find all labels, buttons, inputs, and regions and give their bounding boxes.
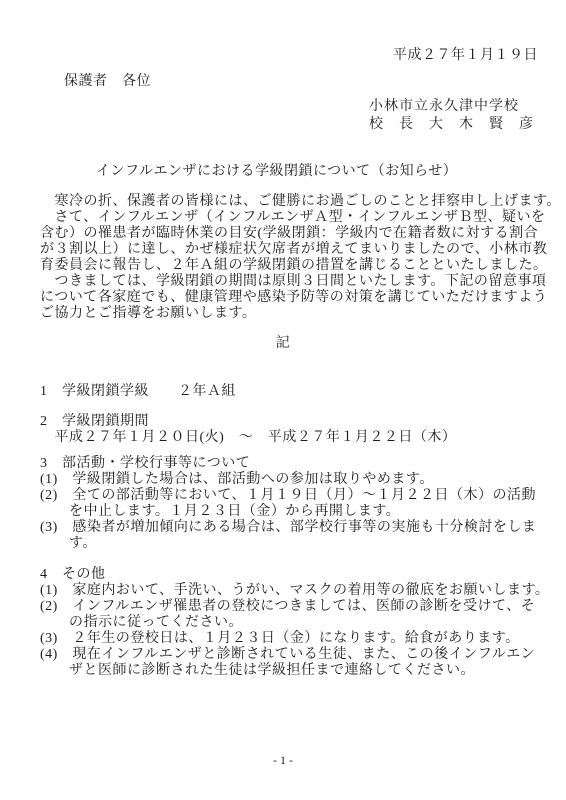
addressee: 保護者 各位 [0, 74, 566, 90]
document-page: 平成２７年１月１９日 保護者 各位 小林市立永久津中学校 校 長 大 木 賢 彦… [0, 0, 566, 800]
section-closure-period: 2 学級閉鎖期間 平成２７年１月２０日(火) ～ 平成２７年１月２２日（木） [40, 414, 566, 446]
record-marker: 記 [0, 336, 566, 352]
section-line: (1) 学級閉鎖した場合は、部活動への参加は取りやめます。 [40, 472, 566, 488]
section-closed-class: 1 学級閉鎖学級 ２年Ａ組 [40, 384, 566, 400]
greeting-line: 育委員会に報告し、２年Ａ組の学級閉鎖の措置を講じることといたしました。 [40, 258, 566, 274]
section-line: (2) 全ての部活動等において、１月１９日（月）～１月２２日（木）の活動 [40, 488, 566, 504]
greeting-line: について各家庭でも、健康管理や感染予防等の対策を講じていただけますよう [40, 290, 566, 306]
section-line: 2 学級閉鎖期間 [40, 414, 566, 430]
greeting-line: が３割以上）に達し、かぜ様症状欠席者が増えてまいりましたので、小林市教 [40, 242, 566, 258]
notice-sections: 1 学級閉鎖学級 ２年Ａ組 2 学級閉鎖期間 平成２７年１月２０日(火) ～ 平… [0, 384, 566, 679]
page-number: - 1 - [0, 752, 566, 768]
document-date: 平成２７年１月１９日 [0, 48, 566, 64]
section-line: 3 部活動・学校行事等について [40, 456, 566, 472]
greeting-line: さて、インフルエンザ（インフルエンザＡ型・インフルエンザＢ型、疑いを [40, 210, 566, 226]
school-name: 小林市立永久津中学校 [369, 98, 534, 116]
greeting-paragraphs: 寒冷の折、保護者の皆様には、ご健勝にお過ごしのことと拝察申し上げます。 さて、イ… [0, 194, 566, 322]
section-line: 1 学級閉鎖学級 ２年Ａ組 [40, 384, 566, 400]
section-club-activities: 3 部活動・学校行事等について (1) 学級閉鎖した場合は、部活動への参加は取り… [40, 456, 566, 552]
sender-block: 小林市立永久津中学校 校 長 大 木 賢 彦 [0, 98, 566, 134]
section-line: (4) 現在インフルエンザと診断されている生徒、また、この後インフルエン [40, 647, 566, 663]
greeting-line: 含む）の罹患者が臨時休業の目安(学級閉鎖：学級内で在籍者数に対する割合 [40, 226, 566, 242]
section-line: す。 [40, 536, 566, 552]
section-line: (3) ２年生の登校日は、１月２３日（金）になります。給食があります。 [40, 631, 566, 647]
document-title: インフルエンザにおける学級閉鎖について（お知らせ） [0, 164, 566, 180]
section-line: ザと医師に診断された生徒は学級担任まで連絡してください。 [40, 663, 566, 679]
section-line: (2) インフルエンザ罹患者の登校につきましては、医師の診断を受けて、そ [40, 599, 566, 615]
section-other: 4 その他 (1) 家庭内おいて、手洗い、うがい、マスクの着用等の徹底をお願いし… [40, 567, 566, 679]
section-line: (3) 感染者が増加傾向にある場合は、部学校行事等の実施も十分検討をしま [40, 520, 566, 536]
principal-name: 校 長 大 木 賢 彦 [369, 116, 534, 134]
section-line: 平成２７年１月２０日(火) ～ 平成２７年１月２２日（木） [40, 430, 566, 446]
section-line: を中止します。１月２３日（金）から再開します。 [40, 504, 566, 520]
section-line: の指示に従ってください。 [40, 615, 566, 631]
greeting-line: 寒冷の折、保護者の皆様には、ご健勝にお過ごしのことと拝察申し上げます。 [40, 194, 566, 210]
greeting-line: ご協力とご指導をお願いします。 [40, 306, 566, 322]
section-line: 4 その他 [40, 567, 566, 583]
section-line: (1) 家庭内おいて、手洗い、うがい、マスクの着用等の徹底をお願いします。 [40, 583, 566, 599]
greeting-line: つきましては、学級閉鎖の期間は原則３日間といたします。下記の留意事項 [40, 274, 566, 290]
